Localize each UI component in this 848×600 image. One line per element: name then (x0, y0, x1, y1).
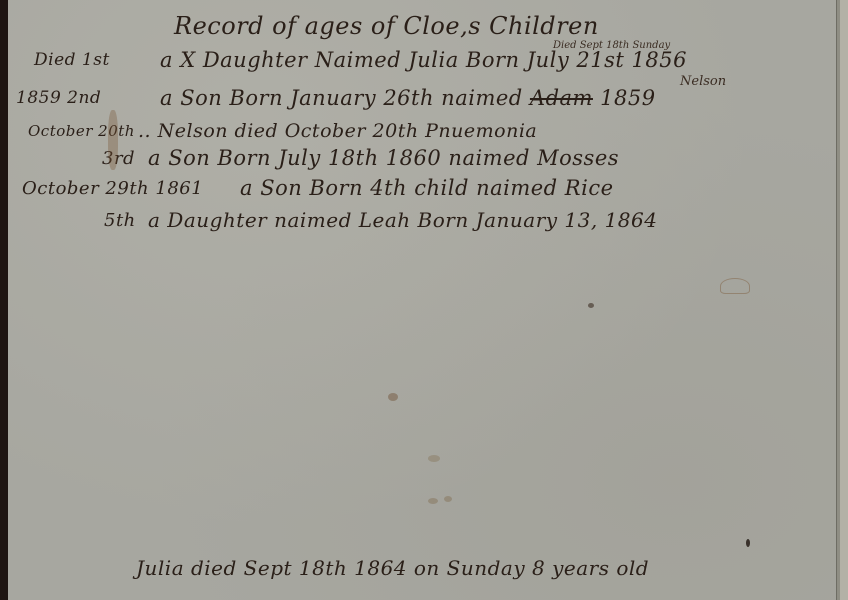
entry-5-text: a Son Born 4th child naimed Rice (240, 176, 614, 200)
entry-2-main: a Son Born January 26th naimed (160, 86, 523, 110)
ink-stain (108, 110, 118, 170)
entry-1-text: a X Daughter Naimed Julia Born July 21st… (160, 48, 687, 72)
entry-6-text: a Daughter naimed Leah Born January 13, … (148, 208, 657, 232)
ink-stain (388, 393, 398, 401)
entry-6-margin: 5th (104, 210, 136, 231)
entry-2-margin: 1859 2nd (16, 88, 101, 108)
page-title: Record of ages of Cloe,s Children (174, 12, 599, 40)
entry-5-margin: October 29th 1861 (22, 178, 203, 199)
ink-stain (428, 498, 438, 504)
entry-2-text: a Son Born January 26th naimed Adam 1859 (160, 86, 656, 110)
page-edge (840, 0, 848, 600)
entry-2-struck-name: Adam (530, 86, 593, 110)
entry-4-text: a Son Born July 18th 1860 naimed Mosses (148, 146, 619, 170)
ink-stain (428, 455, 440, 462)
entry-3-margin: October 20th (28, 122, 135, 140)
squiggle-mark (720, 278, 750, 294)
footer-note: Julia died Sept 18th 1864 on Sunday 8 ye… (136, 556, 649, 580)
entry-2-year: 1859 (600, 86, 655, 110)
ink-stain (588, 303, 594, 308)
ledger-page: Record of ages of Cloe,s Children Died S… (8, 0, 840, 600)
ink-stain (444, 496, 452, 502)
entry-2-annotation: Nelson (680, 74, 726, 89)
entry-3-text: .. Nelson died October 20th Pnuemonia (138, 120, 537, 142)
entry-1-margin: Died 1st (34, 50, 110, 70)
ink-dot (746, 539, 750, 547)
entry-4-margin: 3rd (102, 148, 135, 169)
